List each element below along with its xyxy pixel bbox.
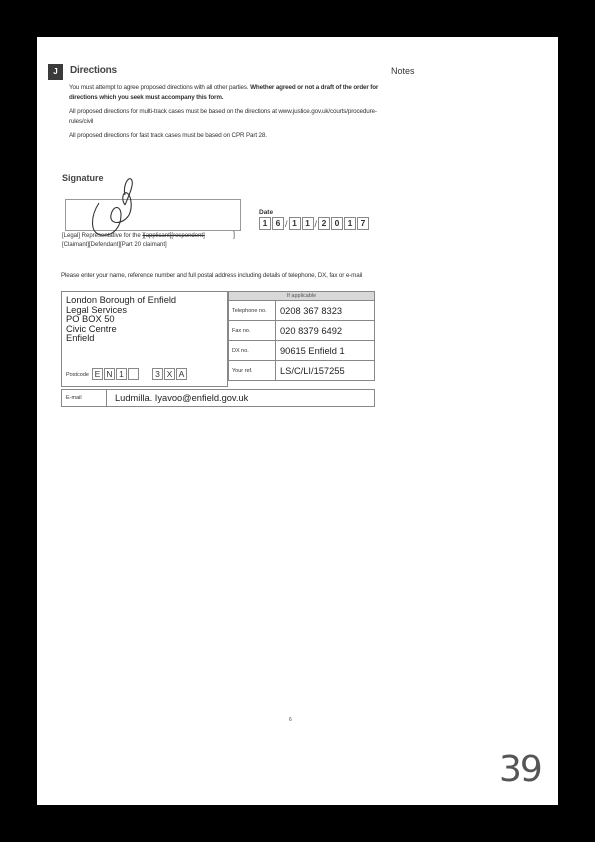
date-separator: / [315, 219, 318, 229]
postcode-char[interactable]: N [104, 368, 115, 380]
date-label: Date [259, 209, 273, 216]
rep-bracket: ] [233, 232, 235, 239]
date-field[interactable]: 1 6 / 1 1 / 2 0 1 7 [259, 217, 370, 230]
contact-instruction: Please enter your name, reference number… [61, 271, 381, 280]
representative-label: [Legal] Representative for the ][applica… [62, 232, 205, 250]
dx-field[interactable]: 90615 Enfield 1 [276, 341, 375, 361]
date-year-1[interactable]: 2 [318, 217, 330, 230]
postcode-field[interactable]: E N 1 3 X A [92, 368, 188, 380]
instruction-agree: You must attempt to agree proposed direc… [69, 83, 389, 103]
date-year-3[interactable]: 1 [344, 217, 356, 230]
date-month-1[interactable]: 1 [289, 217, 301, 230]
signature-scribble-icon [77, 175, 157, 239]
section-title: Directions [70, 65, 117, 76]
dx-label: DX no. [229, 341, 276, 361]
postcode-char[interactable]: 3 [152, 368, 163, 380]
postcode-char[interactable] [128, 368, 139, 380]
contact-details-table: If applicable Telephone no. 0208 367 832… [228, 291, 375, 381]
telephone-label: Telephone no. [229, 301, 276, 321]
ref-field[interactable]: LS/C/LI/157255 [276, 361, 375, 381]
rep-party-options: [Claimant][Defendant][Part 20 claimant] [62, 242, 167, 248]
document-page: J Directions Notes You must attempt to a… [37, 37, 558, 805]
postcode-char[interactable]: 1 [116, 368, 127, 380]
address-lines: London Borough of Enfield Legal Services… [66, 296, 176, 344]
postcode-char[interactable]: X [164, 368, 175, 380]
email-field[interactable]: Ludmilla. Iyavoo@enfield.gov.uk [107, 390, 248, 406]
telephone-field[interactable]: 0208 367 8323 [276, 301, 375, 321]
date-day-1[interactable]: 1 [259, 217, 271, 230]
rep-prefix: [Legal] Representative for the [62, 233, 142, 239]
section-letter-badge: J [48, 64, 63, 80]
instruction-agree-text: You must attempt to agree proposed direc… [69, 84, 250, 91]
rep-struck: ][applicant][respondent] [142, 233, 204, 239]
date-year-2[interactable]: 0 [331, 217, 343, 230]
email-row: E-mail Ludmilla. Iyavoo@enfield.gov.uk [61, 389, 375, 407]
postcode-label: Postcode [66, 372, 89, 378]
fax-label: Fax no. [229, 321, 276, 341]
instruction-multitrack: All proposed directions for multi-track … [69, 107, 389, 127]
page-number: 6 [289, 717, 292, 723]
fax-field[interactable]: 020 8379 6492 [276, 321, 375, 341]
postcode-char[interactable]: A [176, 368, 187, 380]
handwritten-page-number: 39 [499, 749, 541, 790]
ref-label: Your ref. [229, 361, 276, 381]
date-month-2[interactable]: 1 [302, 217, 314, 230]
instruction-fasttrack: All proposed directions for fast track c… [69, 131, 389, 141]
address-box[interactable]: London Borough of Enfield Legal Services… [61, 291, 228, 387]
notes-heading: Notes [391, 66, 415, 76]
if-applicable-header: If applicable [229, 292, 375, 301]
email-label: E-mail [62, 390, 107, 406]
postcode-char[interactable]: E [92, 368, 103, 380]
address-line: Enfield [66, 334, 176, 344]
date-year-4[interactable]: 7 [357, 217, 369, 230]
date-day-2[interactable]: 6 [272, 217, 284, 230]
date-separator: / [285, 219, 288, 229]
